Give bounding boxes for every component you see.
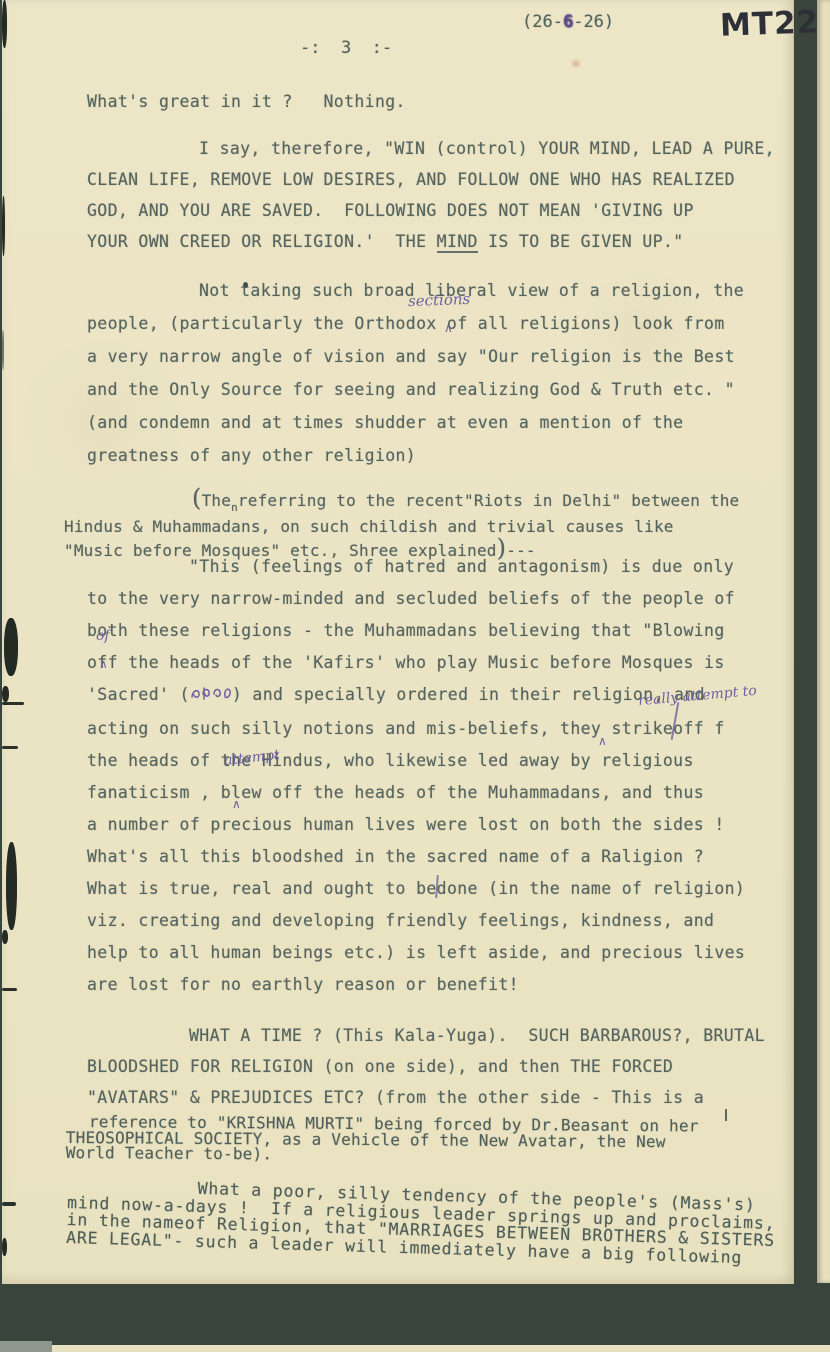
page-number: -: 3 :- [300, 38, 392, 58]
scanned-typescript-photo: (26-6-26) MT22 -: 3 :- What's great in i… [0, 0, 830, 1352]
text-line: Hindus & Muhammadans, on such childish a… [64, 517, 739, 536]
text-segment: IS TO BE GIVEN UP." [478, 232, 684, 251]
text-line: What is true, real and ought to bedone (… [87, 873, 745, 905]
text-line: the heads of the Hindus, who likewise le… [87, 745, 745, 777]
text-line: greatness of any other religion) [87, 439, 744, 472]
text-line: are lost for no earthly reason or benefi… [87, 969, 745, 1001]
text-segment: YOUR OWN CREED OR RELIGION.' THE [87, 232, 437, 251]
text-line: fanaticism , blew off the heads of the M… [87, 777, 745, 809]
paper-tear-mark [2, 330, 4, 370]
text-line: both these religions - the Muhammadans b… [87, 615, 745, 647]
paragraph-2: I say, therefore, "WIN (control) YOUR MI… [87, 133, 775, 257]
paragraph-5: "This (feelings of hatred and antagonism… [87, 551, 745, 1001]
text-line: "This (feelings of hatred and antagonism… [87, 551, 745, 583]
paper-tear-mark [2, 0, 7, 48]
paper-tear-mark [2, 1238, 7, 1256]
text-line: people, (particularly the Orthodox of al… [87, 307, 744, 340]
text-line: (Thenreferring to the recent"Riots in De… [64, 486, 739, 517]
paragraph-6: WHAT A TIME ? (This Kala-Yuga). SUCH BAR… [87, 1020, 765, 1113]
text-line: (and condemn and at times shudder at eve… [87, 406, 744, 439]
caret-mark: ∧ [232, 798, 241, 810]
text-line: a number of precious human lives were lo… [87, 809, 745, 841]
paper-tear-mark [2, 196, 5, 256]
text-segment: ) and specially ordered in their religio… [232, 685, 705, 704]
text-line: What's great in it ? Nothing. [87, 92, 406, 111]
backing-corner [0, 1341, 52, 1352]
text-line: acting on such silly notions and mis-bel… [87, 713, 745, 745]
binding-stitch [2, 1202, 16, 1206]
text-line: "AVATARS" & PREJUDICES ETC? (from the ot… [87, 1082, 765, 1113]
binding-stitch [2, 746, 18, 749]
inserted-letter-n: n [231, 501, 238, 514]
text-line: a very narrow angle of vision and say "O… [87, 340, 744, 373]
paragraph-1: What's great in it ? Nothing. [87, 92, 406, 111]
pen-correction-stroke [725, 1109, 727, 1121]
paragraph-8: What a poor, silly tendency of the peopl… [66, 1176, 776, 1267]
binding-stitch [2, 702, 24, 705]
underlying-page-edge-bottom [52, 1345, 830, 1352]
text-line: GOD, AND YOU ARE SAVED. FOLLOWING DOES N… [87, 195, 775, 226]
text-line: WHAT A TIME ? (This Kala-Yuga). SUCH BAR… [87, 1020, 765, 1051]
handwritten-insertion-sections: sections [408, 290, 471, 310]
caret-mark: ∧ [444, 322, 453, 334]
typed-date: (26-6-26) [522, 12, 614, 32]
handwritten-gujarati-word [190, 681, 232, 713]
document-page: (26-6-26) MT22 -: 3 :- What's great in i… [2, 0, 794, 1284]
text-segment: The [202, 491, 232, 510]
inked-insertion-mark [243, 282, 248, 288]
binding-stitch [2, 988, 17, 991]
paragraph-4: (Thenreferring to the recent"Riots in De… [64, 486, 739, 560]
handwritten-paren-open: ( [192, 484, 202, 512]
underlined-word-mind: MIND [437, 232, 478, 253]
text-line: YOUR OWN CREED OR RELIGION.' THE MIND IS… [87, 226, 775, 257]
date-suffix: -26) [573, 12, 614, 32]
text-line: I say, therefore, "WIN (control) YOUR MI… [87, 133, 775, 164]
text-line: to the very narrow-minded and secluded b… [87, 583, 745, 615]
caret-mark: ∧ [598, 735, 607, 747]
paper-tear-mark [2, 686, 9, 702]
paragraph-7: reference to "KRISHNA MURTI" being force… [66, 1114, 699, 1165]
text-segment: What is true, real and ought to be [87, 879, 437, 898]
text-segment: referring to the recent"Riots in Delhi" … [238, 491, 739, 510]
paper-tear-mark [2, 930, 8, 944]
text-segment: 'Sacred' ( [87, 685, 190, 704]
paper-stain [572, 60, 580, 67]
text-line: and the Only Source for seeing and reali… [87, 373, 744, 406]
text-line: off the heads of the 'Kafirs' who play M… [87, 647, 745, 679]
handwritten-insertion-of: of [96, 628, 110, 644]
paper-tear-mark [4, 618, 18, 676]
underlying-page-edge-right [817, 0, 830, 1283]
text-line: CLEAN LIFE, REMOVE LOW DESIRES, AND FOLL… [87, 164, 775, 195]
text-line: viz. creating and developing friendly fe… [87, 905, 745, 937]
text-line: BLOODSHED FOR RELIGION (on one side), an… [87, 1051, 765, 1082]
text-line: What's all this bloodshed in the sacred … [87, 841, 745, 873]
text-segment: done (in the name of religion) [437, 879, 746, 898]
date-digit-overwritten: 6 [563, 12, 573, 32]
text-line: help to all human beings etc.) is left a… [87, 937, 745, 969]
handwritten-doc-code: MT22 [719, 4, 819, 43]
caret-mark: ∧ [99, 658, 108, 670]
paper-tear-mark [6, 842, 17, 930]
date-prefix: (26- [522, 12, 563, 32]
